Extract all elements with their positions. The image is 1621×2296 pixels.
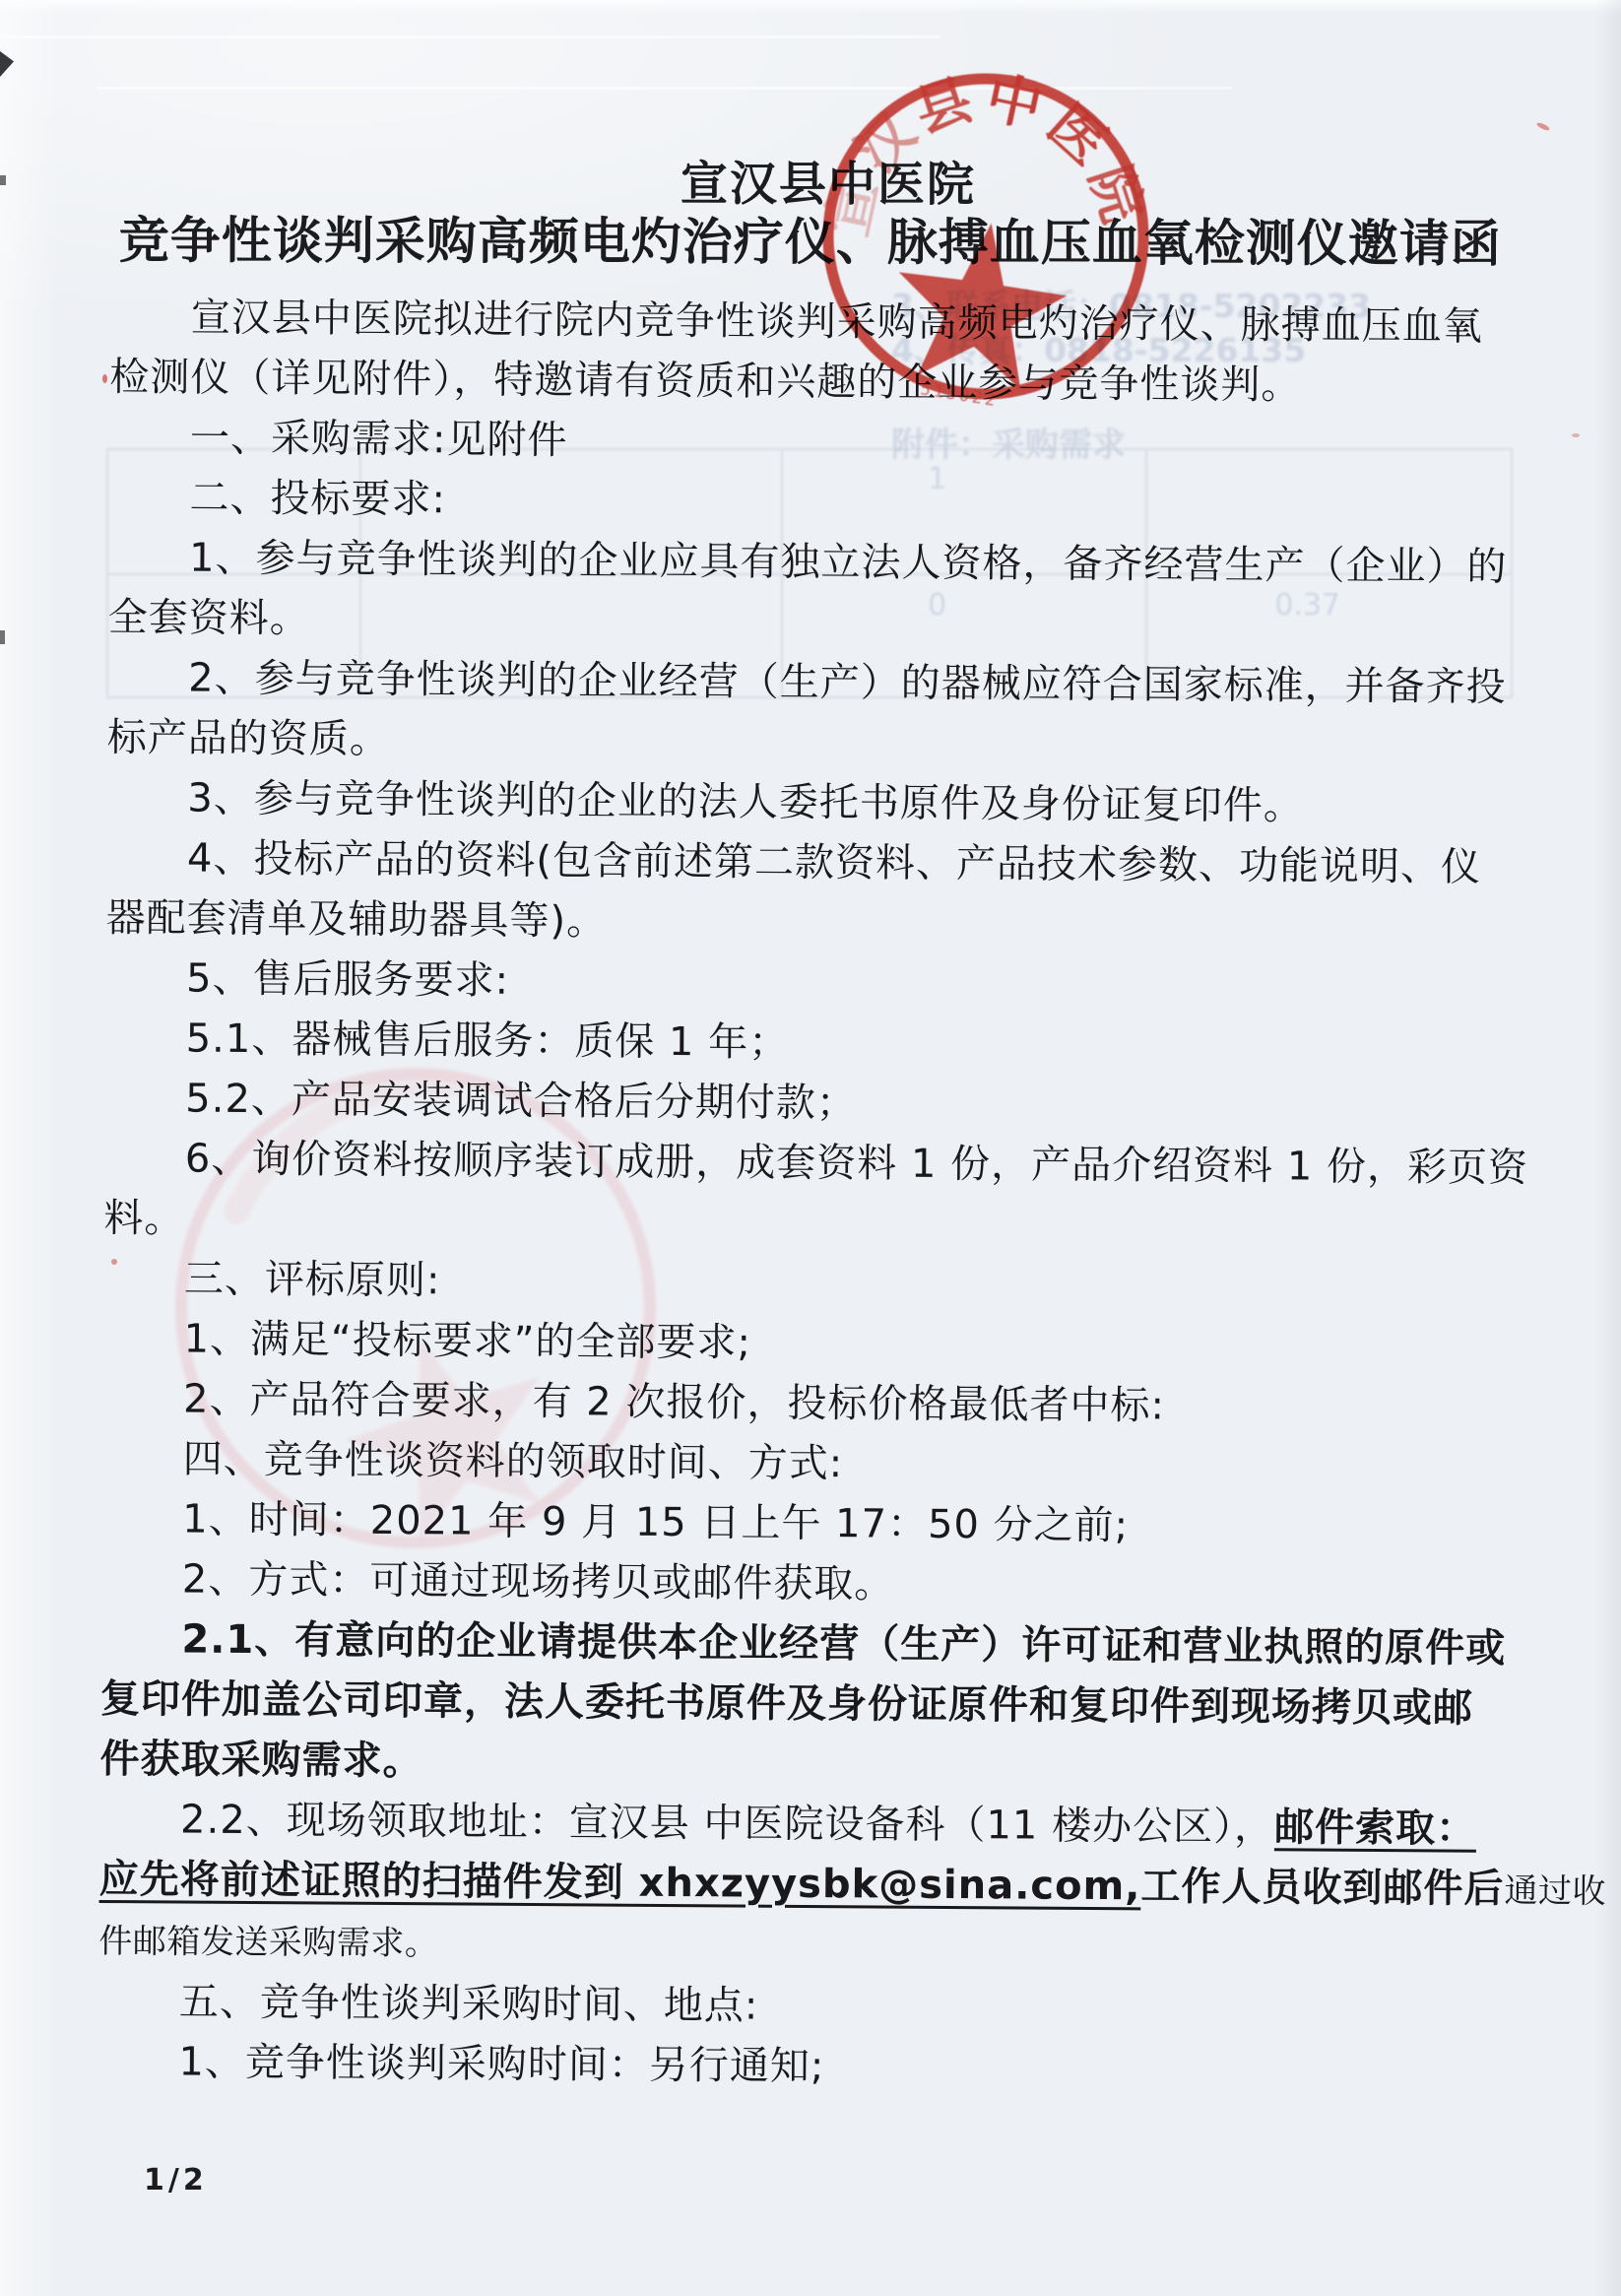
text-line: 2、方式：可通过现场拷贝或邮件获取。 (101, 1549, 1559, 1619)
text-segment: 2、产品符合要求，有 2 次报价，投标价格最低者中标: (183, 1377, 1165, 1429)
text-segment: 件获取采购需求。 (99, 1737, 422, 1784)
text-segment: 1、满足“投标要求”的全部要求; (183, 1317, 751, 1366)
text-line: 五、竞争性谈判采购时间、地点: (98, 1972, 1556, 2042)
text-line: 2、参与竞争性谈判的企业经营（生产）的器械应符合国家标准，并备齐投 (107, 648, 1565, 718)
text-segment: 2、方式：可通过现场拷贝或邮件获取。 (182, 1557, 895, 1607)
official-stamp: 宣 汉 县 中 医 院 513022 (811, 49, 1168, 447)
text-line: 5.1、器械售后服务：质保 1 年； (104, 1009, 1562, 1079)
document-body: 宣汉县中医院拟进行院内竞争性谈判采购高频电灼治疗仪、脉搏血压血氧检测仪（详见附件… (97, 288, 1568, 2102)
text-line: 1、竞争性谈判采购时间：另行通知; (97, 2032, 1555, 2102)
text-line: 1、参与竞争性谈判的企业应具有独立法人资格，备齐经营生产（企业）的 (108, 528, 1566, 598)
text-line: 件邮箱发送采购需求。 (98, 1912, 1556, 1982)
text-segment: 2.2、现场领取地址：宣汉县 中医院设备科（11 楼办公区）， (180, 1798, 1274, 1851)
text-line: 料。 (103, 1189, 1561, 1259)
scan-edge-mark (0, 51, 14, 77)
text-segment: 全套资料。 (108, 595, 310, 641)
text-segment: 邮件索取： (1274, 1804, 1476, 1851)
text-line: 1、时间：2021 年 9 月 15 日上午 17：50 分之前; (101, 1489, 1559, 1559)
text-segment: 1、参与竞争性谈判的企业应具有独立法人资格，备齐经营生产（企业）的 (189, 536, 1508, 590)
text-line: 2.2、现场领取地址：宣汉县 中医院设备科（11 楼办公区），邮件索取： (99, 1790, 1557, 1860)
stamp-code: 513022 (919, 379, 1000, 411)
text-line: 2、产品符合要求，有 2 次报价，投标价格最低者中标: (102, 1369, 1560, 1439)
text-segment: 5、售后服务要求: (186, 956, 509, 1004)
scan-edge-mark (0, 630, 5, 644)
text-segment: 5.1、器械售后服务：质保 1 年； (186, 1017, 790, 1066)
text-segment: 4、投标产品的资料(包含前述第二款资料、产品技术参数、功能说明、仪 (187, 836, 1481, 890)
text-segment: 工作人员收到邮件后 (1140, 1864, 1504, 1912)
text-segment: 件邮箱发送采购需求。 (98, 1922, 438, 1963)
text-segment: 1、竞争性谈判采购时间：另行通知; (178, 2040, 824, 2090)
text-segment: 二、投标要求: (189, 476, 446, 523)
text-line: 器配套清单及辅助器具等)。 (105, 888, 1563, 958)
text-segment: 2.1、有意向的企业请提供本企业经营（生产）许可证和营业执照的原件或 (181, 1617, 1506, 1672)
text-line: 复印件加盖公司印章，法人委托书原件及身份证原件和复印件到现场拷贝或邮 (100, 1670, 1558, 1739)
text-line: 5.2、产品安装调试合格后分期付款； (104, 1069, 1562, 1139)
red-ink-speck (102, 374, 107, 383)
text-line: 1、满足“投标要求”的全部要求; (102, 1309, 1560, 1379)
text-line: 全套资料。 (107, 588, 1565, 658)
stamp-char: 宣 (815, 174, 889, 241)
text-line: 6、询价资料按顺序装订成册，成套资料 1 份，产品介绍资料 1 份，彩页资 (104, 1129, 1562, 1199)
text-segment: 四、竞争性谈资料的领取时间、方式: (183, 1437, 844, 1487)
text-segment: 3、参与竞争性谈判的企业的法人委托书原件及身份证复印件。 (187, 776, 1304, 829)
text-line: 4、投标产品的资料(包含前述第二款资料、产品技术参数、功能说明、仪 (106, 828, 1564, 898)
text-line: 应先将前述证照的扫描件发到 xhxzyysbk@sina.com,工作人员收到邮… (98, 1850, 1556, 1922)
text-segment: 通过收 (1504, 1871, 1606, 1912)
text-segment: 器配套清单及辅助器具等)。 (105, 895, 607, 945)
stamp-arc-text: 宣 汉 县 中 医 院 (815, 66, 1154, 241)
text-line: 2.1、有意向的企业请提供本企业经营（生产）许可证和营业执照的原件或 (100, 1609, 1558, 1679)
red-ink-speck (1536, 121, 1551, 131)
scanned-document-page: 3、联系电话：0818-5202233 4、传真：0818-5226135 附件… (0, 0, 1621, 2296)
scan-artifact-line (0, 35, 940, 38)
text-line: 二、投标要求: (108, 468, 1566, 538)
text-line: 件获取采购需求。 (99, 1730, 1557, 1800)
text-line: 5、售后服务要求: (105, 949, 1563, 1018)
text-segment: 复印件加盖公司印章，法人委托书原件及身份证原件和复印件到现场拷贝或邮 (100, 1676, 1473, 1732)
page-number: 1/2 (144, 2163, 208, 2198)
text-segment: 应先将前述证照的扫描件发到 xhxzyysbk@sina.com, (99, 1857, 1141, 1909)
text-segment: 五、竞争性谈判采购时间、地点: (179, 1980, 759, 2029)
red-ink-speck (1572, 433, 1580, 437)
document-subtitle: 竞争性谈判采购高频电灼治疗仪、脉搏血压血氧检测仪邀请函 (0, 211, 1621, 276)
text-segment: 6、询价资料按顺序装订成册，成套资料 1 份，产品介绍资料 1 份，彩页资 (185, 1137, 1529, 1192)
stamp-char: 医 (1035, 93, 1119, 177)
text-segment: 2、参与竞争性谈判的企业经营（生产）的器械应符合国家标准，并备齐投 (188, 656, 1507, 710)
text-line: 三、评标原则: (103, 1249, 1561, 1319)
text-segment: 一、采购需求:见附件 (190, 416, 568, 464)
text-segment: 1、时间：2021 年 9 月 15 日上午 17：50 分之前; (182, 1497, 1129, 1549)
text-line: 标产品的资质。 (107, 708, 1565, 778)
text-segment: 三、评标原则: (184, 1257, 441, 1304)
text-line: 四、竞争性谈资料的领取时间、方式: (101, 1429, 1559, 1499)
stamp-star (885, 212, 1075, 395)
text-segment: 标产品的资质。 (107, 715, 390, 762)
document-header: 宣汉县中医院 竞争性谈判采购高频电灼治疗仪、脉搏血压血氧检测仪邀请函 (0, 154, 1621, 276)
text-line: 3、参与竞争性谈判的企业的法人委托书原件及身份证复印件。 (106, 768, 1564, 838)
stamp-char: 中 (981, 66, 1048, 140)
text-segment: 料。 (103, 1196, 184, 1242)
text-segment: 5.2、产品安装调试合格后分期付款； (185, 1077, 857, 1127)
